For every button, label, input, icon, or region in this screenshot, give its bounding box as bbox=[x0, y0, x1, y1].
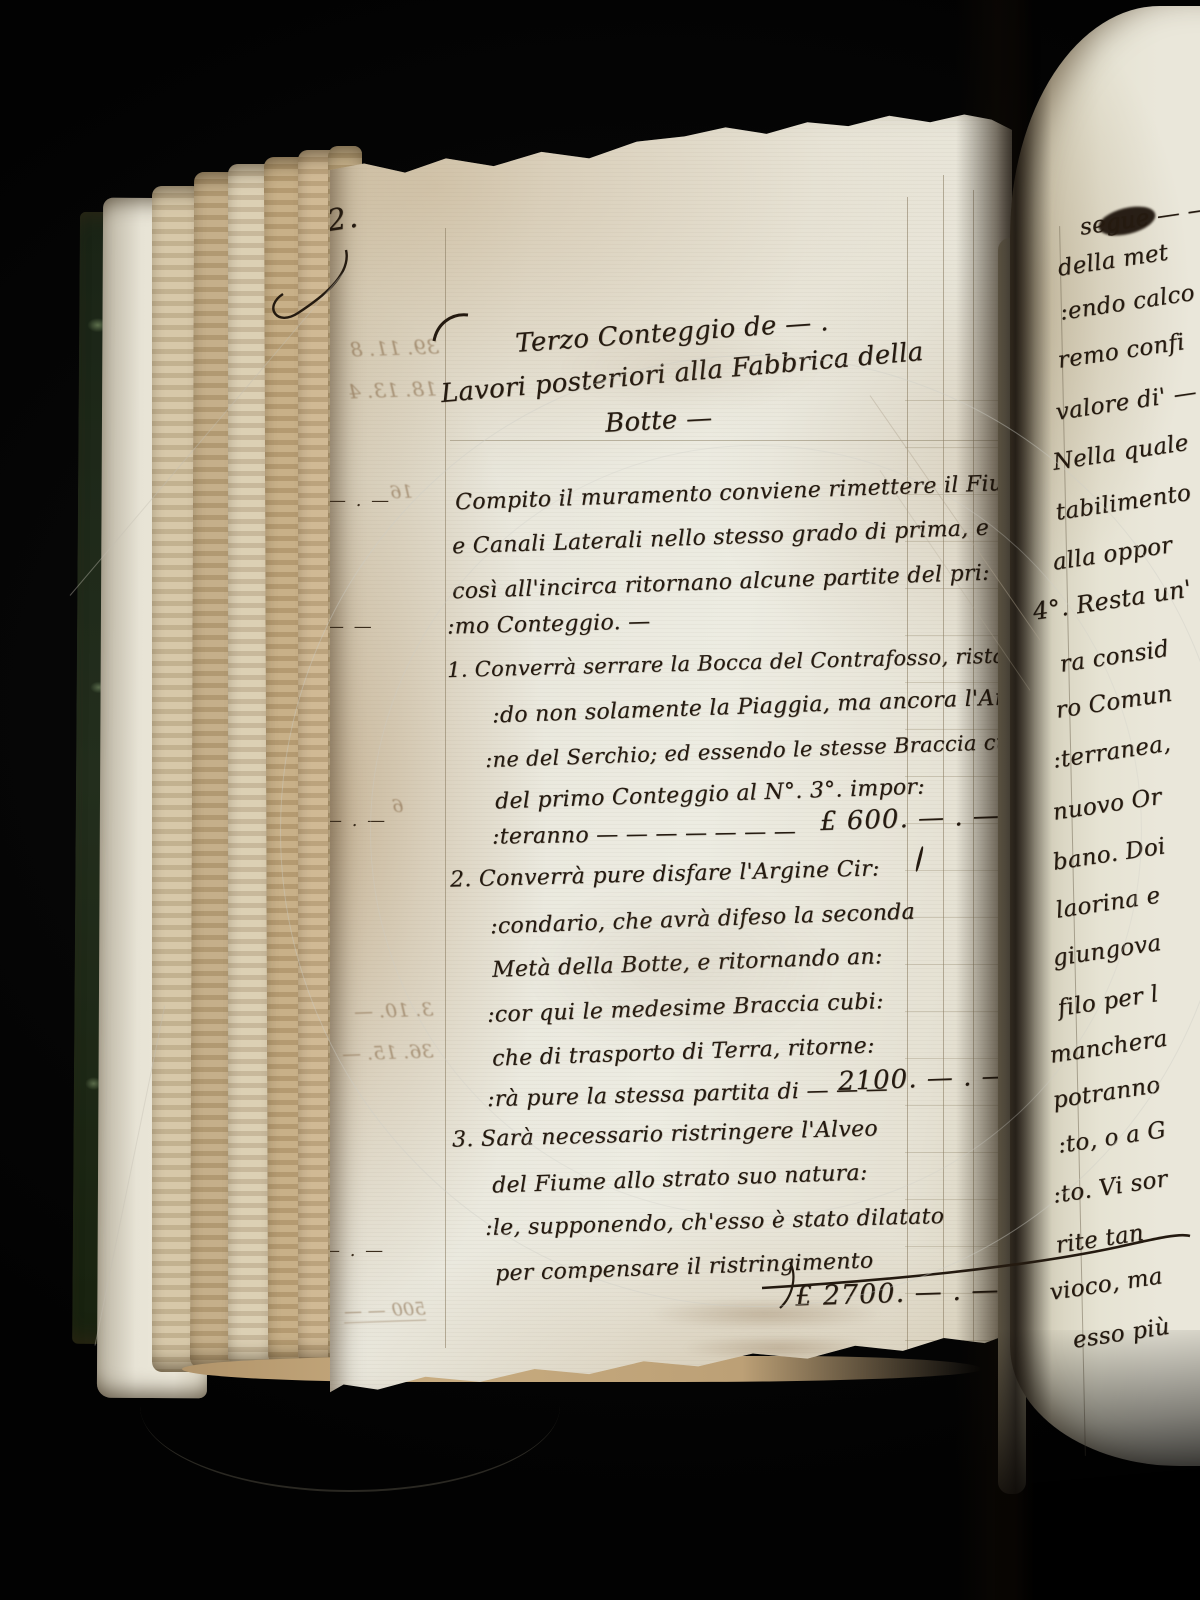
lower-pages-edge-arc bbox=[140, 1320, 560, 1492]
bleedthrough-number: 16 bbox=[390, 482, 414, 504]
bleedthrough-number: 39. 11. 8 bbox=[350, 334, 440, 361]
watermark-circle-inner bbox=[370, 445, 1142, 1217]
margin-tick: — . — bbox=[328, 490, 391, 511]
bleedthrough-number: 18. 13. 4 bbox=[348, 376, 438, 403]
book-photo: 182. Terzo Conteggio de — . Lavori poste… bbox=[0, 0, 1200, 1600]
margin-tick: — . — bbox=[322, 1240, 385, 1261]
